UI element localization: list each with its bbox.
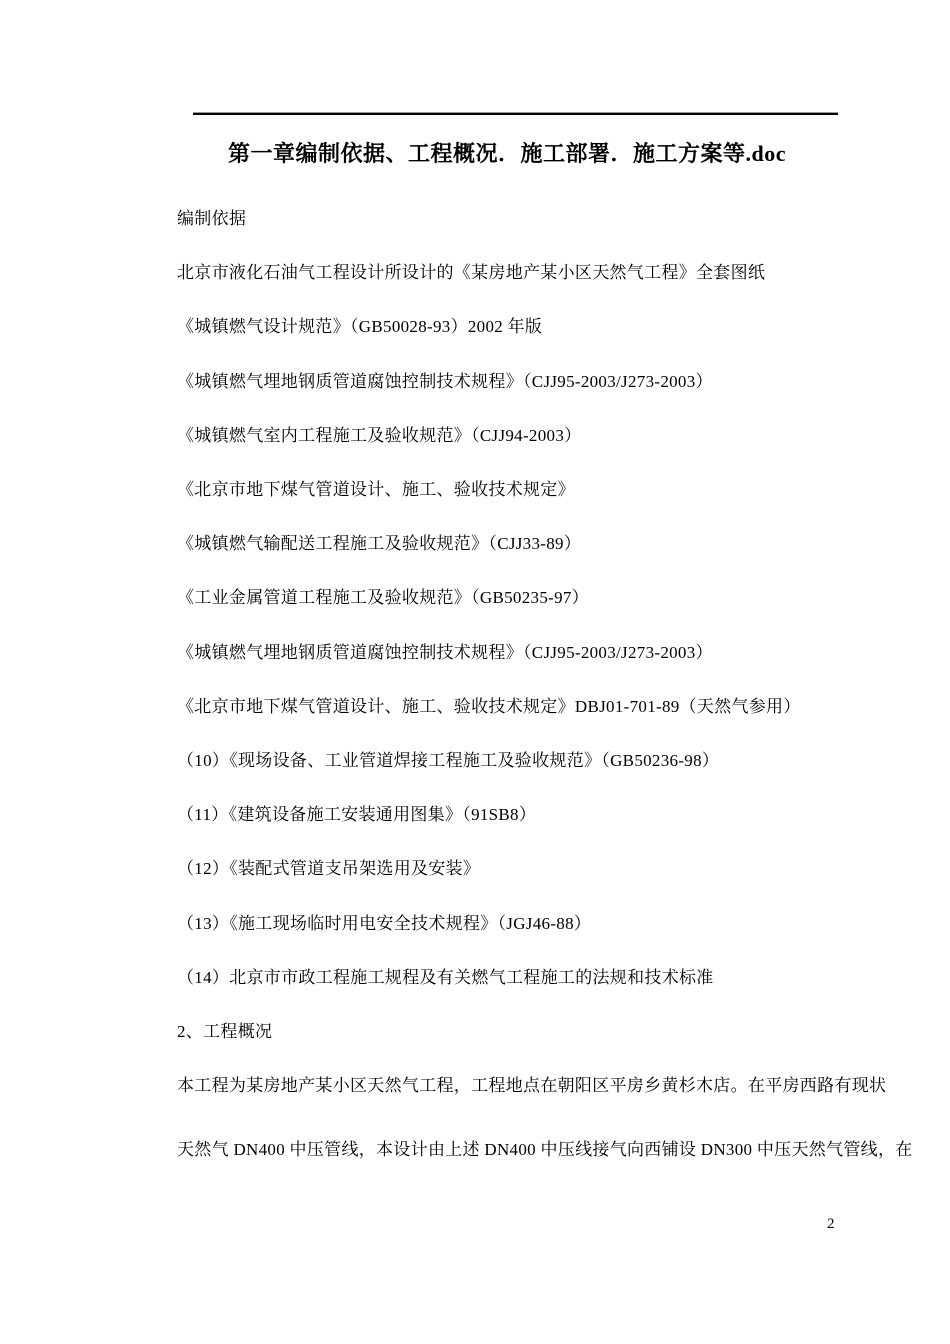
document-body: 编制依据 北京市液化石油气工程设计所设计的《某房地产某小区天然气工程》全套图纸 … [177,192,867,1178]
paragraph-reference-4: 《城镇燃气室内工程施工及验收规范》（CJJ94-2003） [177,409,867,463]
paragraph-reference-2: 《城镇燃气设计规范》（GB50028-93）2002 年版 [177,300,867,354]
paragraph-reference-8: 《城镇燃气埋地钢质管道腐蚀控制技术规程》（CJJ95-2003/J273-200… [177,626,867,680]
paragraph-reference-14: （14）北京市市政工程施工规程及有关燃气工程施工的法规和技术标准 [177,951,867,1005]
paragraph-reference-3: 《城镇燃气埋地钢质管道腐蚀控制技术规程》（CJJ95-2003/J273-200… [177,355,867,409]
paragraph-reference-12: （12）《装配式管道支吊架选用及安装》 [177,842,867,896]
paragraph-reference-5: 《北京市地下煤气管道设计、施工、验收技术规定》 [177,463,867,517]
paragraph-section-heading: 编制依据 [177,192,867,246]
page-number: 2 [827,1216,835,1233]
paragraph-reference-11: （11）《建筑设备施工安装通用图集》（91SB8） [177,788,867,842]
paragraph-reference-9: 《北京市地下煤气管道设计、施工、验收技术规定》DBJ01-701-89（天然气参… [177,680,867,734]
paragraph-section-heading-2: 2、工程概况 [177,1005,867,1059]
paragraph-overview-line-1: 本工程为某房地产某小区天然气工程，工程地点在朝阳区平房乡黄杉木店。在平房西路有现… [177,1059,867,1113]
paragraph-reference-7: 《工业金属管道工程施工及验收规范》（GB50235-97） [177,571,867,625]
header-divider-rule [193,112,838,115]
paragraph-overview-line-2: 天然气 DN400 中压管线，本设计由上述 DN400 中压线接气向西铺设 DN… [177,1123,867,1177]
document-page: 第一章编制依据、工程概况．施工部署．施工方案等.doc 编制依据 北京市液化石油… [0,0,950,1344]
document-title: 第一章编制依据、工程概况．施工部署．施工方案等.doc [167,137,847,168]
paragraph-reference-10: （10）《现场设备、工业管道焊接工程施工及验收规范》（GB50236-98） [177,734,867,788]
paragraph-reference-13: （13）《施工现场临时用电安全技术规程》（JGJ46-88） [177,897,867,951]
paragraph-reference-6: 《城镇燃气输配送工程施工及验收规范》（CJJ33-89） [177,517,867,571]
paragraph-reference-1: 北京市液化石油气工程设计所设计的《某房地产某小区天然气工程》全套图纸 [177,246,867,300]
